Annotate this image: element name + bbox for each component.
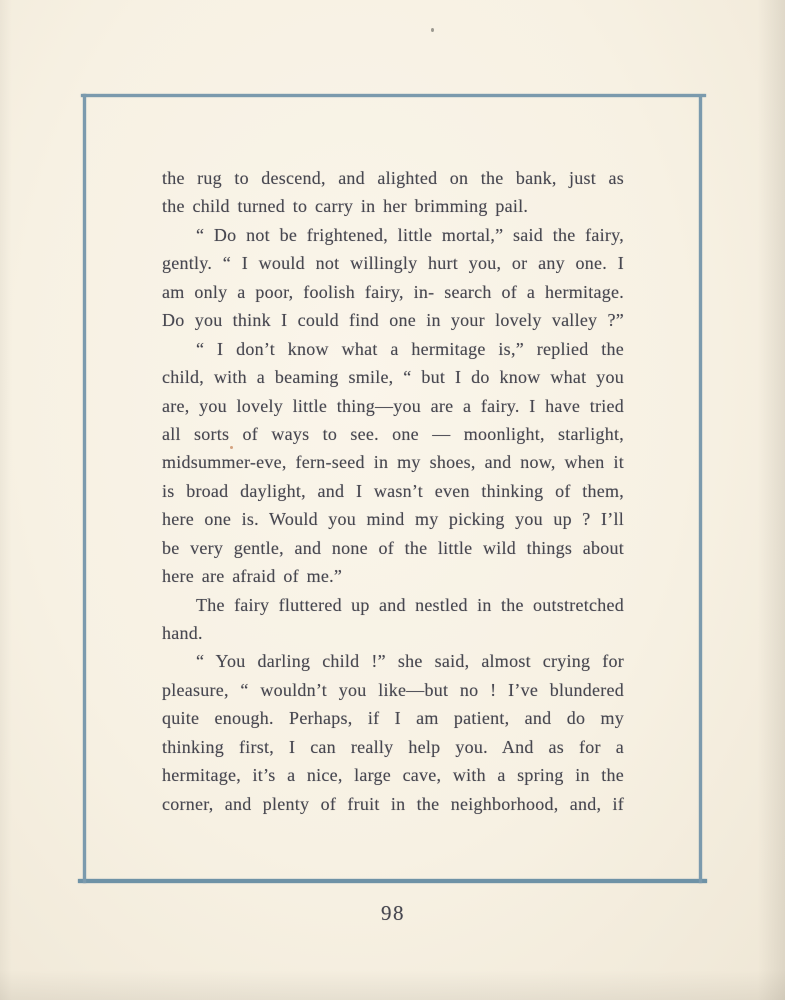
text-line: hand. bbox=[162, 619, 624, 647]
text-line: be very gentle, and none of the little w… bbox=[162, 534, 624, 562]
text-line: thinking first, I can really help you. A… bbox=[162, 733, 624, 761]
ink-speck bbox=[431, 28, 434, 32]
text-line: The fairy fluttered up and nestled in th… bbox=[162, 591, 624, 619]
text-line: quite enough. Perhaps, if I am patient, … bbox=[162, 704, 624, 732]
page-number: 98 bbox=[83, 901, 703, 926]
frame-rule-left bbox=[83, 94, 86, 883]
page-text: the rug to descend, and alighted on the … bbox=[162, 164, 624, 818]
text-line: the rug to descend, and alighted on the … bbox=[162, 164, 624, 192]
frame-rule-right bbox=[699, 96, 702, 883]
text-line: midsummer-eve, fern-seed in my shoes, an… bbox=[162, 448, 624, 476]
text-line: corner, and plenty of fruit in the neigh… bbox=[162, 790, 624, 818]
text-line: “ You darling child !” she said, almost … bbox=[162, 647, 624, 675]
text-line: here are afraid of me.” bbox=[162, 562, 624, 590]
text-line: “ Do not be frightened, little mortal,” … bbox=[162, 221, 624, 249]
text-line: pleasure, “ wouldn’t you like—but no ! I… bbox=[162, 676, 624, 704]
text-line: are, you lovely little thing—you are a f… bbox=[162, 392, 624, 420]
text-line: hermitage, it’s a nice, large cave, with… bbox=[162, 761, 624, 789]
text-line: Do you think I could find one in your lo… bbox=[162, 306, 624, 334]
scanned-book-page: the rug to descend, and alighted on the … bbox=[0, 0, 785, 1000]
text-line: the child turned to carry in her brimmin… bbox=[162, 192, 624, 220]
text-line: child, with a beaming smile, “ but I do … bbox=[162, 363, 624, 391]
text-line: all sorts of ways to see. one — moonligh… bbox=[162, 420, 624, 448]
text-line: here one is. Would you mind my picking y… bbox=[162, 505, 624, 533]
text-line: am only a poor, foolish fairy, in- searc… bbox=[162, 278, 624, 306]
frame-rule-bottom bbox=[78, 879, 707, 883]
text-line: “ I don’t know what a hermitage is,” rep… bbox=[162, 335, 624, 363]
text-line: gently. “ I would not willingly hurt you… bbox=[162, 249, 624, 277]
text-line: is broad daylight, and I wasn’t even thi… bbox=[162, 477, 624, 505]
frame-rule-top bbox=[81, 94, 706, 97]
